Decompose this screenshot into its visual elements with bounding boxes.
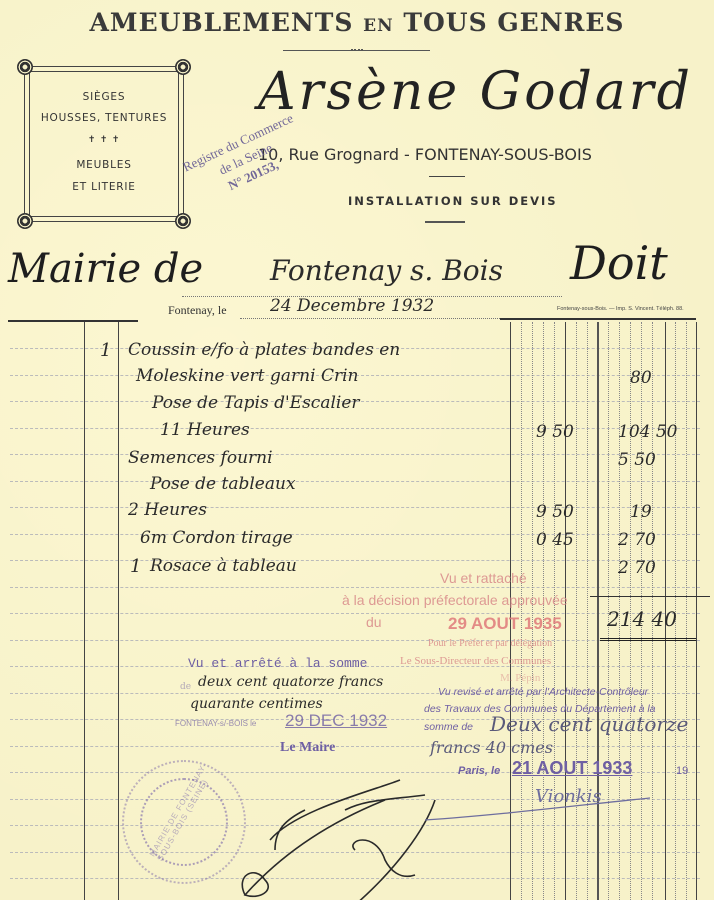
ornament-corner-icon	[17, 59, 33, 75]
item-amount: 5 50	[618, 450, 656, 470]
item-qty: 1	[100, 340, 111, 361]
date-dotted-line	[240, 318, 500, 319]
item-amount: 2 70	[618, 530, 656, 550]
service-meubles: MEUBLES	[25, 159, 183, 171]
tagline-divider	[425, 221, 465, 223]
client-prefix: Mairie de	[8, 246, 203, 292]
tagline: INSTALLATION SUR DEVIS	[348, 194, 558, 208]
title-part-2: EN	[363, 16, 394, 36]
item-description: 11 Heures	[160, 420, 250, 440]
mayor-amount-words-2: quarante centimes	[190, 696, 323, 712]
mayor-amount-words-1: deux cent quatorze francs	[198, 674, 383, 690]
mayor-signatory: Le Maire	[280, 740, 335, 756]
invoice-total: 214 40	[607, 607, 677, 631]
ledger-column-rule	[84, 322, 85, 900]
item-amount: 104 50	[618, 422, 677, 442]
address-divider	[429, 176, 465, 177]
service-housses: HOUSSES, TENTURES	[25, 112, 183, 124]
prefecture-stamp-line-2: à la décision préfectorale approuvée	[342, 592, 568, 608]
architect-amount-words-2: francs 40 cmes	[430, 738, 553, 757]
item-description: Rosace à tableau	[150, 556, 297, 576]
item-qty: 1	[130, 556, 141, 577]
prefecture-stamp-line-1: Vu et rattaché	[440, 570, 527, 586]
item-amount: 19	[630, 502, 652, 522]
ledger-column-rule	[118, 322, 119, 900]
title-part-1: AMEUBLEMENTS	[90, 8, 354, 37]
architect-place-label: Paris, le	[458, 765, 500, 777]
architect-signature-flourish	[420, 790, 660, 830]
fleur-de-lis-icon: ✝ ✝ ✝	[25, 135, 183, 145]
service-sieges: SIÈGES	[25, 91, 183, 103]
item-description: Semences fourni	[128, 448, 273, 468]
letterhead-title: AMEUBLEMENTS EN TOUS GENRES	[0, 8, 714, 37]
total-rule-bottom	[600, 638, 696, 641]
item-description: Moleskine vert garni Crin	[136, 366, 359, 386]
invoice-date: 24 Decembre 1932	[270, 296, 434, 316]
printer-imprint: Fontenay-sous-Bois. — Imp. S. Vincent. T…	[557, 306, 684, 312]
doit-label: Doit	[570, 236, 668, 290]
service-literie: ET LITERIE	[25, 181, 183, 193]
architect-approval-line-1: Vu revisé et arrêté par l'Architecte-Con…	[438, 686, 648, 698]
ornament-corner-icon	[17, 213, 33, 229]
total-rule-top	[590, 596, 710, 597]
mayor-approval-date: 29 DEC 1932	[285, 711, 387, 731]
item-amount: 2 70	[618, 558, 656, 578]
item-unit-price: 0 45	[536, 530, 574, 550]
item-description: 2 Heures	[128, 500, 207, 520]
ornament-corner-icon	[175, 59, 191, 75]
mayor-approval-line: Vu et arrêté à la somme	[188, 656, 367, 671]
header-divider	[283, 50, 430, 52]
registry-stamp: Registre du Commerce de la Seine N° 2015…	[180, 109, 311, 209]
ledger-top-rule-right	[500, 318, 696, 320]
architect-somme-label: somme de	[424, 721, 473, 733]
mayor-approval-prefix: de	[180, 682, 191, 692]
brand-name: Arsène Godard	[258, 62, 693, 122]
mairie-seal-text: MAIRIE DE FONTENAY-SOUS-BOIS (SEINE)	[148, 751, 223, 862]
architect-approval-date: 21 AOUT 1933	[512, 758, 632, 779]
prefecture-stamp-line-4: Pour le Préfet et par délégation	[428, 638, 552, 649]
services-box: SIÈGES HOUSSES, TENTURES ✝ ✝ ✝ MEUBLES E…	[24, 66, 184, 222]
client-place: Fontenay s. Bois	[270, 254, 503, 287]
architect-amount-words-1: Deux cent quatorze	[490, 712, 688, 736]
item-description: Coussin e/fo à plates bandes en	[128, 340, 400, 360]
architect-year-suffix: 19	[676, 765, 688, 777]
item-unit-price: 9 50	[536, 422, 574, 442]
date-label: Fontenay, le	[168, 303, 227, 318]
item-description: 6m Cordon tirage	[140, 528, 293, 548]
item-amount: 80	[630, 368, 652, 388]
ornament-corner-icon	[175, 213, 191, 229]
ledger-column-rule	[696, 322, 697, 900]
prefecture-stamp-line-5: Le Sous-Directeur des Communes	[400, 655, 551, 667]
ledger-subcolumn-rule	[686, 322, 687, 900]
prefecture-stamp-du: du	[366, 614, 382, 630]
prefecture-stamp-date: 29 AOUT 1935	[448, 614, 562, 634]
item-description: Pose de tableaux	[150, 474, 296, 494]
mayor-place-label: FONTENAY-s/-BOIS le	[175, 719, 256, 728]
title-part-3: TOUS GENRES	[403, 8, 624, 37]
item-description: Pose de Tapis d'Escalier	[152, 393, 360, 413]
item-unit-price: 9 50	[536, 502, 574, 522]
prefecture-stamp-line-6: M. Pépin	[500, 672, 540, 684]
